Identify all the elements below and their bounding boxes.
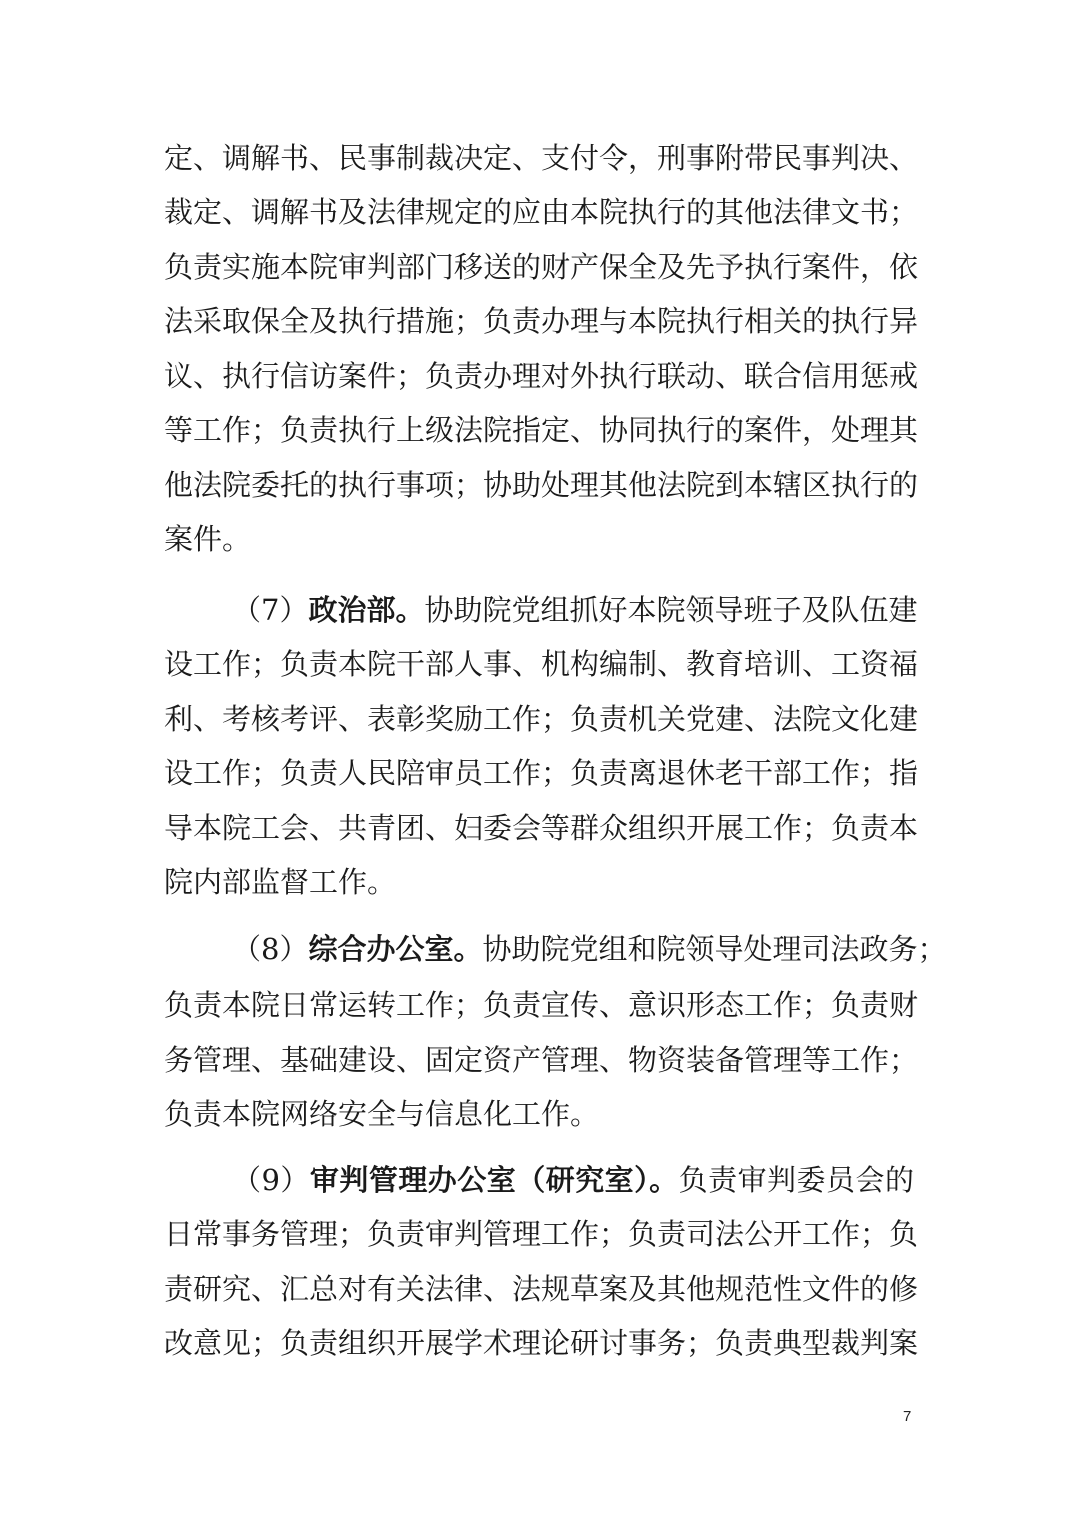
body-text-line: 负责实施本院审判部门移送的财产保全及先予执行案件，依	[164, 247, 914, 287]
section-heading-line-political-department: （7）政治部。协助院党组抓好本院领导班子及队伍建	[232, 590, 914, 630]
line-text: 责研究、汇总对有关法律、法规草案及其他规范性文件的修	[164, 1272, 918, 1306]
line-text: 日常事务管理；负责审判管理工作；负责司法公开工作；负	[164, 1217, 918, 1251]
section-heading-line-trial-management-office: （9）审判管理办公室（研究室）。负责审判委员会的	[232, 1160, 914, 1200]
line-text: 设工作；负责本院干部人事、机构编制、教育培训、工资福	[164, 647, 918, 681]
body-text-line: 利、考核考评、表彰奖励工作；负责机关党建、法院文化建	[164, 699, 914, 739]
body-text-line: 院内部监督工作。	[164, 862, 914, 902]
line-text: 负责本院网络安全与信息化工作。	[164, 1097, 599, 1131]
body-text-line: 议、执行信访案件；负责办理对外执行联动、联合信用惩戒	[164, 356, 914, 396]
document-page: 定、调解书、民事制裁决定、支付令，刑事附带民事判决、 裁定、调解书及法律规定的应…	[0, 0, 1075, 1520]
body-text-line: 负责本院网络安全与信息化工作。	[164, 1094, 914, 1134]
body-text-line: 负责本院日常运转工作；负责宣传、意识形态工作；负责财	[164, 985, 914, 1025]
section-number: （8）	[232, 932, 308, 966]
line-text: 协助院党组抓好本院领导班子及队伍建	[424, 593, 917, 627]
line-text: 等工作；负责执行上级法院指定、协同执行的案件，处理其	[164, 413, 918, 447]
line-text: 裁定、调解书及法律规定的应由本院执行的其他法律文书；	[164, 195, 918, 229]
line-text: 负责审判委员会的	[679, 1163, 914, 1197]
body-text-line: 责研究、汇总对有关法律、法规草案及其他规范性文件的修	[164, 1269, 914, 1309]
body-text-line: 改意见；负责组织开展学术理论研讨事务；负责典型裁判案	[164, 1323, 914, 1363]
section-heading: 政治部。	[308, 593, 424, 627]
body-text-line: 导本院工会、共青团、妇委会等群众组织开展工作；负责本	[164, 808, 914, 848]
body-text-line: 等工作；负责执行上级法院指定、协同执行的案件，处理其	[164, 410, 914, 450]
line-text: 议、执行信访案件；负责办理对外执行联动、联合信用惩戒	[164, 359, 918, 393]
line-text: 协助院党组和院领导处理司法政务；	[482, 932, 946, 966]
body-text-line: 务管理、基础建设、固定资产管理、物资装备管理等工作；	[164, 1040, 914, 1080]
body-text-line: 案件。	[164, 519, 914, 559]
line-text: 设工作；负责人民陪审员工作；负责离退休老干部工作；指	[164, 756, 918, 790]
page-number: 7	[903, 1408, 911, 1425]
body-text-line: 裁定、调解书及法律规定的应由本院执行的其他法律文书；	[164, 192, 914, 232]
line-text: 案件。	[164, 522, 251, 556]
body-text-line: 定、调解书、民事制裁决定、支付令，刑事附带民事判决、	[164, 138, 914, 178]
line-text: 法采取保全及执行措施；负责办理与本院执行相关的执行异	[164, 304, 918, 338]
body-text-line: 他法院委托的执行事项；协助处理其他法院到本辖区执行的	[164, 465, 914, 505]
section-heading-line-general-office: （8）综合办公室。协助院党组和院领导处理司法政务；	[232, 929, 914, 969]
section-heading: 综合办公室。	[308, 932, 482, 966]
body-text-line: 法采取保全及执行措施；负责办理与本院执行相关的执行异	[164, 301, 914, 341]
line-text: 利、考核考评、表彰奖励工作；负责机关党建、法院文化建	[164, 702, 918, 736]
line-text: 定、调解书、民事制裁决定、支付令，刑事附带民事判决、	[164, 141, 918, 175]
line-text: 负责本院日常运转工作；负责宣传、意识形态工作；负责财	[164, 988, 918, 1022]
line-text: 导本院工会、共青团、妇委会等群众组织开展工作；负责本	[164, 811, 918, 845]
section-number: （7）	[232, 593, 308, 627]
line-text: 他法院委托的执行事项；协助处理其他法院到本辖区执行的	[164, 468, 918, 502]
section-number: （9）	[232, 1163, 310, 1197]
line-text: 务管理、基础建设、固定资产管理、物资装备管理等工作；	[164, 1043, 918, 1077]
line-text: 负责实施本院审判部门移送的财产保全及先予执行案件，依	[164, 250, 918, 284]
body-text-line: 设工作；负责人民陪审员工作；负责离退休老干部工作；指	[164, 753, 914, 793]
body-text-line: 设工作；负责本院干部人事、机构编制、教育培训、工资福	[164, 644, 914, 684]
line-text: 改意见；负责组织开展学术理论研讨事务；负责典型裁判案	[164, 1326, 918, 1360]
body-text-line: 日常事务管理；负责审判管理工作；负责司法公开工作；负	[164, 1214, 914, 1254]
line-text: 院内部监督工作。	[164, 865, 396, 899]
section-heading: 审判管理办公室（研究室）。	[310, 1163, 679, 1197]
